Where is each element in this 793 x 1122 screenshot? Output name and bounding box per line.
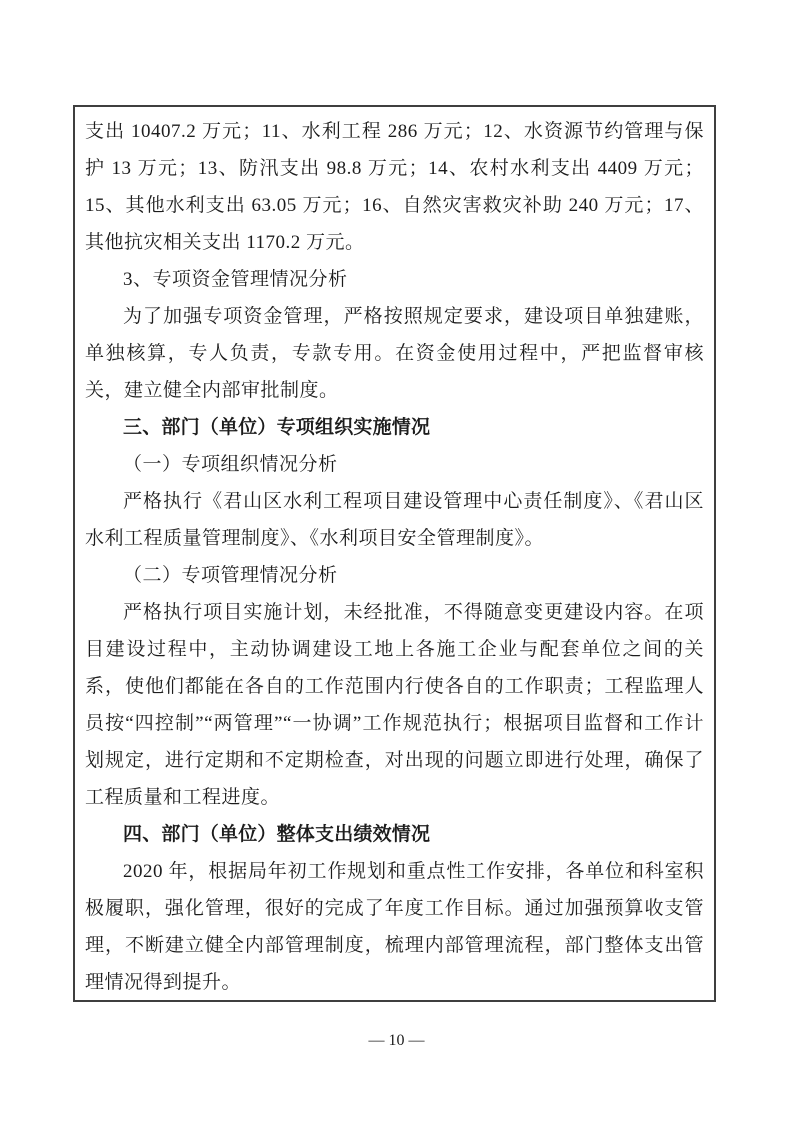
document-page: 支出 10407.2 万元；11、水利工程 286 万元；12、水资源节约管理与… — [0, 0, 793, 1122]
section-heading-3-organization-implementation: 三、部门（单位）专项组织实施情况 — [85, 409, 704, 446]
paragraph-2020-performance: 2020 年，根据局年初工作规划和重点性工作安排，各单位和科室积极履职，强化管理… — [85, 853, 704, 1001]
page-number: — 10 — — [0, 1032, 793, 1050]
section-heading-4-overall-expenditure-performance: 四、部门（单位）整体支出绩效情况 — [85, 816, 704, 853]
paragraph-expenditure-items: 支出 10407.2 万元；11、水利工程 286 万元；12、水资源节约管理与… — [85, 113, 704, 261]
paragraph-project-implementation: 严格执行项目实施计划，未经批准，不得随意变更建设内容。在项目建设过程中，主动协调… — [85, 594, 704, 816]
subheading-organization-analysis: （一）专项组织情况分析 — [85, 446, 704, 483]
paragraph-regulations-executed: 严格执行《君山区水利工程项目建设管理中心责任制度》、《君山区水利工程质量管理制度… — [85, 483, 704, 557]
content-border-box: 支出 10407.2 万元；11、水利工程 286 万元；12、水资源节约管理与… — [73, 105, 716, 1002]
paragraph-fund-management: 为了加强专项资金管理，严格按照规定要求，建设项目单独建账，单独核算，专人负责，专… — [85, 298, 704, 409]
subheading-management-analysis: （二）专项管理情况分析 — [85, 557, 704, 594]
subheading-fund-management-analysis: 3、专项资金管理情况分析 — [85, 261, 704, 298]
